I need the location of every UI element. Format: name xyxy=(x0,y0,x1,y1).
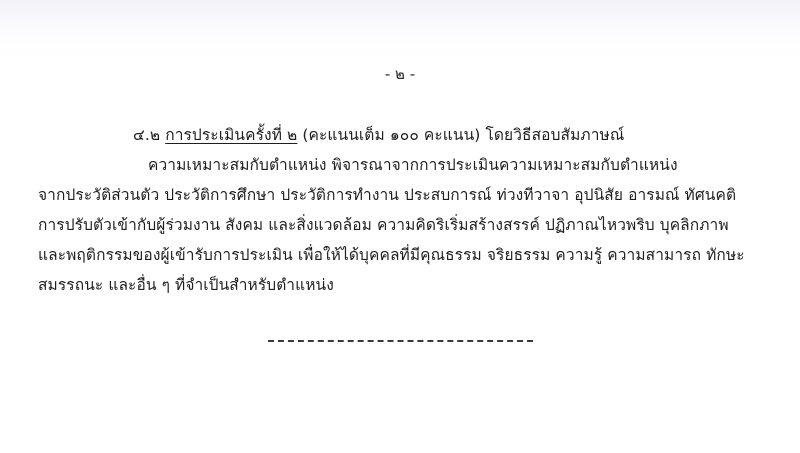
section-heading: ๔.๒ การประเมินครั้งที่ ๒ (คะแนนเต็ม ๑๐๐ … xyxy=(38,120,788,150)
section-heading-detail: (คะแนนเต็ม ๑๐๐ คะแนน) โดยวิธีสอบสัมภาษณ์ xyxy=(302,126,624,144)
end-divider xyxy=(268,340,533,342)
paragraph-line-4: และพฤติกรรมของผู้เข้ารับการประเมิน เพื่อ… xyxy=(38,240,788,270)
page-number: - ๒ - xyxy=(0,62,800,86)
document-body: ๔.๒ การประเมินครั้งที่ ๒ (คะแนนเต็ม ๑๐๐ … xyxy=(38,120,788,300)
paragraph-line-2: จากประวัติส่วนตัว ประวัติการศึกษา ประวัต… xyxy=(38,180,788,210)
paragraph-line-5: สมรรถนะ และอื่น ๆ ที่จำเป็นสำหรับตำแหน่ง xyxy=(38,270,788,300)
section-title: การประเมินครั้งที่ ๒ xyxy=(165,126,297,144)
paragraph-line-3: การปรับตัวเข้ากับผู้ร่วมงาน สังคม และสิ่… xyxy=(38,210,788,240)
section-number: ๔.๒ xyxy=(133,126,160,144)
paragraph-line-1: ความเหมาะสมกับตำแหน่ง พิจารณาจากการประเม… xyxy=(38,150,788,180)
